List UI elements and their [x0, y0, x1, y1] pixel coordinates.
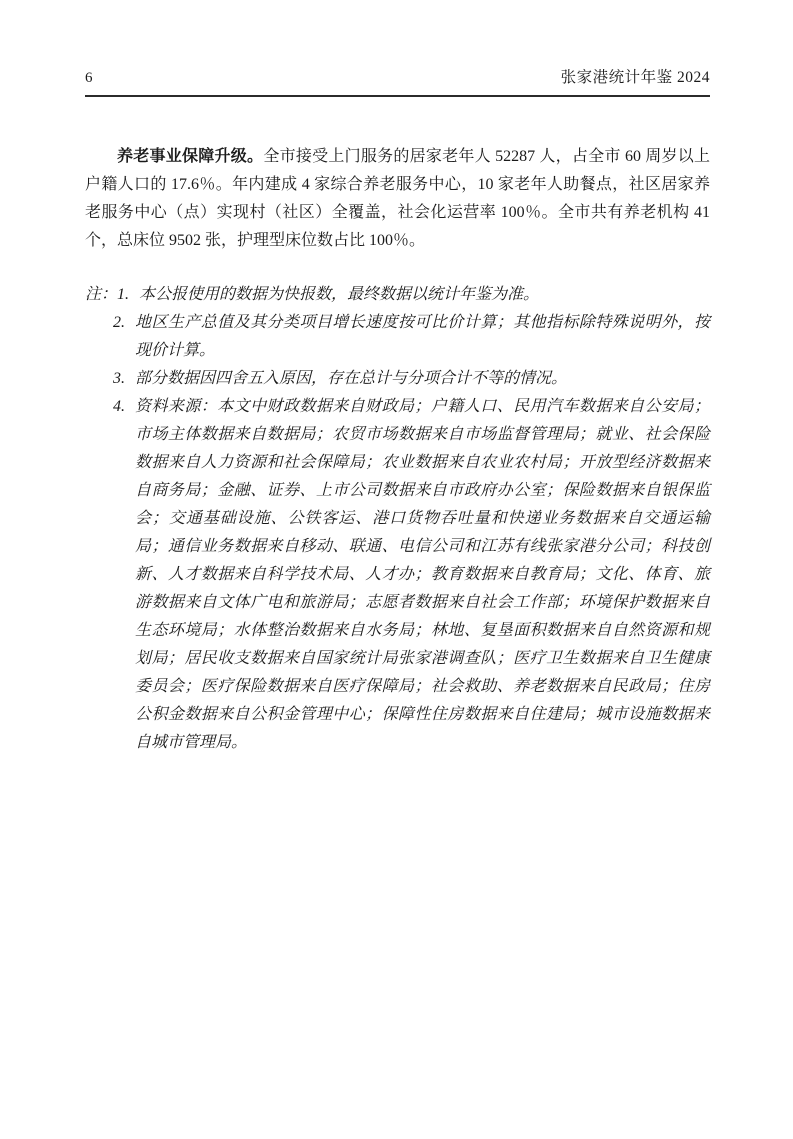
note-text: 部分数据因四舍五入原因，存在总计与分项合计不等的情况。 [135, 365, 710, 393]
note-text: 地区生产总值及其分类项目增长速度按可比价计算；其他指标除特殊说明外，按现价计算。 [135, 309, 710, 365]
paragraph-lead: 养老事业保障升级。 [117, 148, 263, 165]
note-text: 资料来源：本文中财政数据来自财政局；户籍人口、民用汽车数据来自公安局；市场主体数… [135, 393, 710, 757]
note-item-2: 2. 地区生产总值及其分类项目增长速度按可比价计算；其他指标除特殊说明外，按现价… [113, 309, 710, 365]
notes-section: 注： 1. 本公报使用的数据为快报数，最终数据以统计年鉴为准。 2. 地区生产总… [85, 281, 710, 757]
note-item-4: 4. 资料来源：本文中财政数据来自财政局；户籍人口、民用汽车数据来自公安局；市场… [113, 393, 710, 757]
note-number: 3. [113, 365, 135, 393]
note-item-3: 3. 部分数据因四舍五入原因，存在总计与分项合计不等的情况。 [113, 365, 710, 393]
page-content: 养老事业保障升级。全市接受上门服务的居家老年人 52287 人，占全市 60 周… [85, 127, 710, 757]
note-number: 4. [113, 393, 135, 421]
document-page: 6 张家港统计年鉴 2024 养老事业保障升级。全市接受上门服务的居家老年人 5… [0, 0, 793, 1139]
page-number: 6 [85, 71, 93, 86]
page-header: 6 张家港统计年鉴 2024 [85, 70, 710, 97]
notes-label: 注： [85, 281, 117, 309]
note-text: 本公报使用的数据为快报数，最终数据以统计年鉴为准。 [139, 281, 710, 309]
note-item-1: 注： 1. 本公报使用的数据为快报数，最终数据以统计年鉴为准。 [85, 281, 710, 309]
body-paragraph: 养老事业保障升级。全市接受上门服务的居家老年人 52287 人，占全市 60 周… [85, 143, 710, 255]
note-number: 1. [117, 281, 139, 309]
header-title: 张家港统计年鉴 2024 [561, 70, 710, 86]
note-number: 2. [113, 309, 135, 337]
